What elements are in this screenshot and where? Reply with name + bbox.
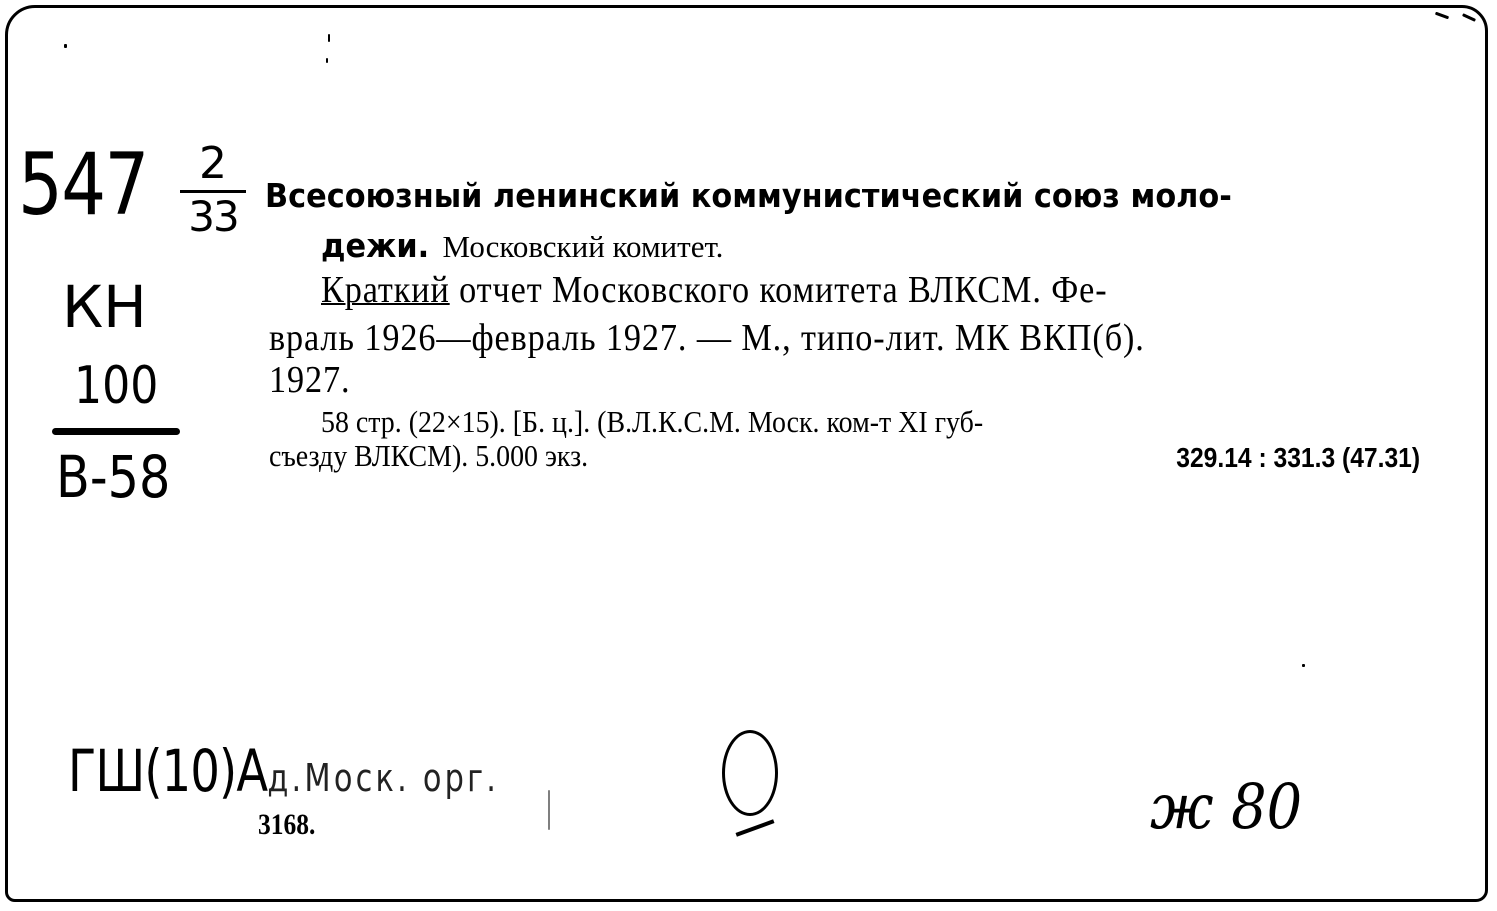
scan-speck [328,34,330,42]
collation-line2: съезду ВЛКСМ). 5.000 экз. [269,438,588,474]
title-line3: 1927. [269,358,350,402]
shelf-mark-numerator: 2 [180,142,246,186]
shelf-mark-fraction: 2 33 [180,142,246,238]
bottom-left-note: ГШ(10)Ад.Моск. орг. [68,742,499,800]
shelf-mark-main: 547 [18,142,148,228]
collation-line1: 58 стр. (22×15). [Б. ц.]. (В.Л.К.С.М. Мо… [321,404,983,440]
corporate-author-bold: дежи. [321,226,429,265]
location-code-numerator: 100 [74,360,158,412]
location-code-denominator: В-58 [56,448,170,506]
title-first-word: Краткий [321,269,450,311]
scan-speck [326,58,328,63]
shelf-mark-denominator: 33 [180,196,246,238]
bottom-left-tail: д.Моск. орг. [267,756,499,800]
scan-speck [1302,664,1305,667]
classification-code: 329.14 : 331.3 (47.31) [1176,442,1420,474]
title-line1-rest: отчет Московского комитета ВЛКСМ. Фе- [459,269,1107,311]
location-code-bar [52,428,180,435]
corporate-author-sub: Московский комитет. [443,229,724,264]
scan-speck [64,44,67,48]
inventory-number: 3168. [258,808,315,842]
scan-speck [548,790,550,830]
bottom-left-code: ГШ(10)А [68,737,267,805]
title-line2: враль 1926—февраль 1927. — М., типо-лит.… [269,316,1145,360]
bottom-right-note: ж 80 [1150,770,1302,843]
location-code-label: КН [62,278,147,336]
oval-mark [722,730,778,816]
corporate-author-line2: дежи. Московский комитет. [321,226,723,265]
title-line1: Краткий отчет Московского комитета ВЛКСМ… [321,268,1108,312]
corporate-author-line1: Всесоюзный ленинский коммунистический со… [265,176,1232,215]
